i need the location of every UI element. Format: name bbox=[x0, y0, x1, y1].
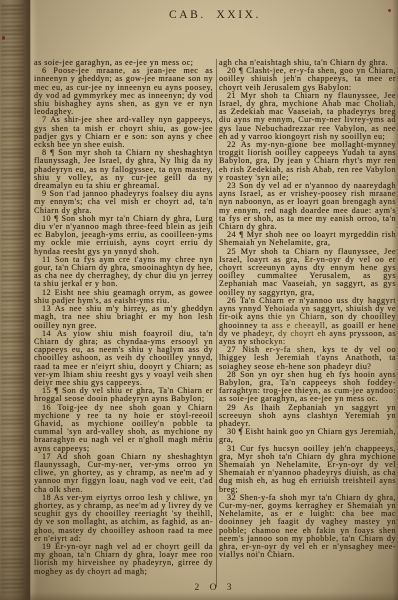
book-page-photo: CAB. XXIX. as soie-jee garaghyn, as ee-j… bbox=[0, 0, 398, 600]
verse-paragraph: 31 Cur fys hucsyn ooilley jeh'n chappeey… bbox=[219, 445, 396, 494]
right-column: agh cha n'eaishtagh shiu, ta'n Chiarn dy… bbox=[219, 59, 396, 590]
verse-paragraph: 28 Son yn oyr shen hug eh fys hooin ayns… bbox=[219, 371, 396, 404]
column-divider-rule bbox=[216, 59, 217, 587]
verse-paragraph: 13 As nee shiu m'y hirrey, as m'y gheddy… bbox=[34, 305, 213, 330]
verse-paragraph: 18 As ver-ym eiyrtys orroo lesh y chliwe… bbox=[34, 494, 213, 543]
verse-paragraph: 7 As shir-jee shee ard-valley nyn gappee… bbox=[34, 116, 213, 149]
verse-paragraph: 14 As yiow shiu mish foayroil diu, ta'n … bbox=[34, 330, 213, 387]
verse-paragraph: 11 Son ta fys aym cre t'ayns my chree ny… bbox=[34, 256, 213, 289]
facing-page-text-smudge bbox=[1, 5, 24, 595]
verse-paragraph: 15 ¶ Son dy vel shiu er ghra, Ta'n Chiar… bbox=[34, 387, 213, 403]
verse-paragraph: 6 Poose-jee mraane, as jean-jee mec as i… bbox=[34, 67, 213, 116]
verse-paragraph: 26 Ta'n Chiarn er n'yannoo uss dty haggy… bbox=[219, 297, 396, 346]
page-right-edge-shadow bbox=[392, 0, 398, 600]
verse-paragraph: 32 Shen-y-fa shoh myr ta'n Chiarn dy ghr… bbox=[219, 494, 396, 560]
verse-paragraph: 8 ¶ Son myr shoh ta Chiarn ny sheshaghty… bbox=[34, 149, 213, 190]
verse-paragraph: 30 ¶ Eisht haink goo yn Chiarn gys Jerem… bbox=[219, 428, 396, 444]
verse-paragraph: 16 Toig-jee dy nee shoh goan y Chiarn my… bbox=[34, 404, 213, 453]
verse-paragraph: 10 ¶ Son shoh myr ta'n Chiarn dy ghra, L… bbox=[34, 215, 213, 256]
verse-paragraph: 9 Son t'ad jannoo phadeyrys foalsey diu … bbox=[34, 190, 213, 215]
verse-paragraph: 17 Ad shoh goan Chiarn ny sheshaghtyn fl… bbox=[34, 453, 213, 494]
chapter-header: CAB. XXIX. bbox=[36, 9, 394, 21]
verse-paragraph: 25 Myr shoh ta Chiarn ny flaunyssee, Jee… bbox=[219, 248, 396, 297]
verse-paragraph: 29 As lhaih Zephaniah yn saggyrt yn scre… bbox=[219, 404, 396, 429]
verse-paragraph: 24 ¶ Myr shoh nee oo loayrt myrgeddin ri… bbox=[219, 231, 396, 247]
verse-paragraph: 12 Eisht nee shiu geamagh orrym, as gowe… bbox=[34, 289, 213, 305]
verse-paragraph: 22 As my-nyn-gione bee mollaght-mynney t… bbox=[219, 141, 396, 182]
verse-paragraph: 19 Er-yn-oyr nagh vel ad er choyrt geill… bbox=[34, 543, 213, 576]
verse-paragraph: 23 Son dy vel ad er n'yannoo dy naareyda… bbox=[219, 182, 396, 231]
verse-paragraph: 27 Nish er-y-fa shen, kys te dy vel oo l… bbox=[219, 346, 396, 371]
facing-page-edge bbox=[0, 0, 31, 600]
left-column: as soie-jee garaghyn, as ee-jee yn mess … bbox=[34, 59, 213, 590]
verse-paragraph: 21 Myr shoh ta Chiarn ny flaunyssee, Jee… bbox=[219, 92, 396, 141]
verse-paragraph: 20 ¶ Clasht-jee, er-y-fa shen, goo yn Ch… bbox=[219, 67, 396, 92]
page-bottom-edge-shadow bbox=[0, 592, 398, 600]
